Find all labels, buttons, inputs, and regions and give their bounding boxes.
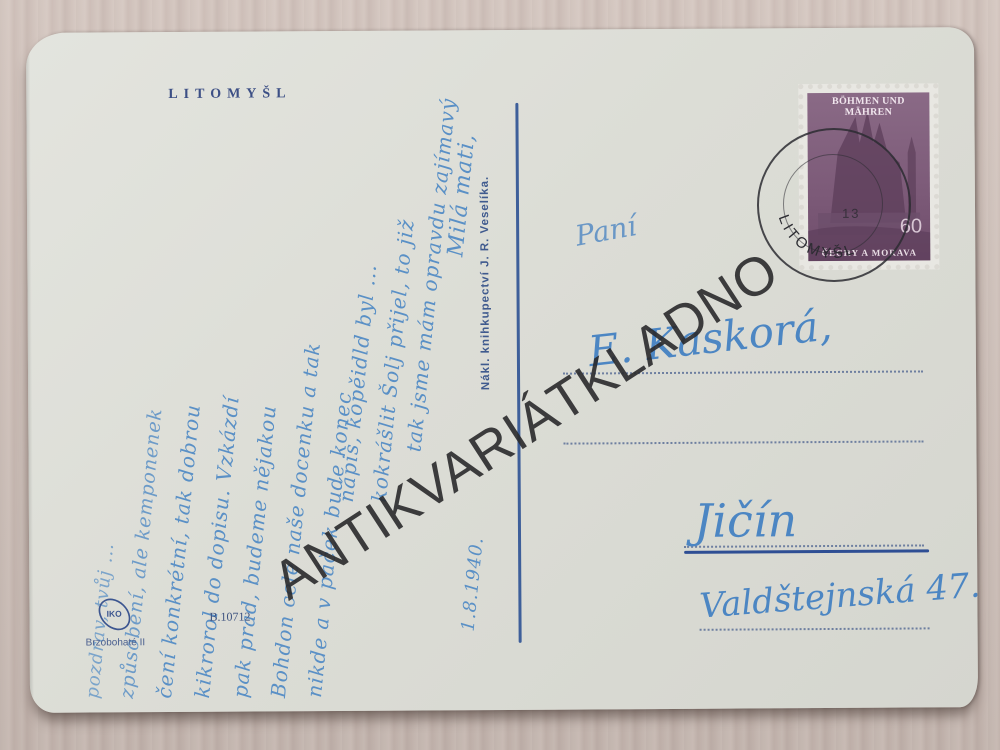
card-divider-line (515, 103, 521, 643)
postmark-date: 13 (842, 206, 861, 221)
postcard: Milá mati, tak jsme mám opravdu zajímavý… (26, 27, 978, 713)
publisher-imprint: Nákl. knihkupectví J. R. Veselíka. (479, 176, 492, 390)
address-line-2 (563, 440, 923, 444)
logo-text: IKO (107, 610, 122, 619)
address-underline (684, 549, 929, 553)
stamp-top-text: BÖHMEN UND MÄHREN (807, 95, 929, 118)
message-date: 1.8.1940. (458, 536, 488, 632)
place-title: LITOMYŠL (168, 86, 291, 103)
address-salutation: Paní (573, 209, 639, 252)
card-code: B.10712 (209, 610, 250, 625)
logo-caption: Brzobohaté II (86, 637, 146, 648)
postmark-city-arc: LITOMYŠL (757, 128, 908, 279)
address-street: Valdštejnská 47. (698, 565, 978, 626)
address-line-4 (700, 627, 930, 630)
address-city: Jičín (694, 493, 798, 548)
